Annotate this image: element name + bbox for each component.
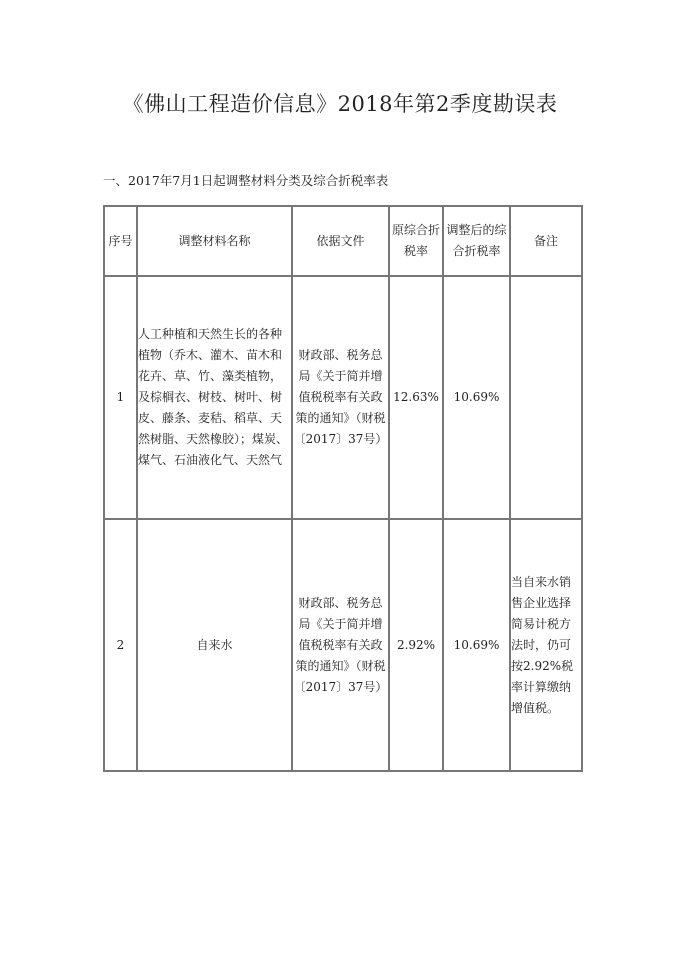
- section-heading: 一、2017年7月1日起调整材料分类及综合折税率表: [103, 171, 388, 189]
- cell-material: 人工种植和天然生长的各种植物（乔木、灌木、苗木和花卉、草、竹、藻类植物，及棕榈衣…: [137, 276, 292, 519]
- header-material: 调整材料名称: [137, 206, 292, 276]
- cell-index: 1: [104, 276, 137, 519]
- header-basis: 依据文件: [292, 206, 389, 276]
- cell-material: 自来水: [137, 519, 292, 771]
- cell-index: 2: [104, 519, 137, 771]
- header-index: 序号: [104, 206, 137, 276]
- cell-original-rate: 2.92%: [389, 519, 443, 771]
- table-row: 1 人工种植和天然生长的各种植物（乔木、灌木、苗木和花卉、草、竹、藻类植物，及棕…: [104, 276, 582, 519]
- cell-basis: 财政部、税务总局《关于简并增值税税率有关政策的通知》（财税〔2017〕37号）: [292, 519, 389, 771]
- header-note: 备注: [510, 206, 582, 276]
- cell-original-rate: 12.63%: [389, 276, 443, 519]
- table-header-row: 序号 调整材料名称 依据文件 原综合折税率 调整后的综合折税率 备注: [104, 206, 582, 276]
- cell-note: [510, 276, 582, 519]
- table-row: 2 自来水 财政部、税务总局《关于简并增值税税率有关政策的通知》（财税〔2017…: [104, 519, 582, 771]
- rate-table: 序号 调整材料名称 依据文件 原综合折税率 调整后的综合折税率 备注 1 人工种…: [103, 205, 583, 772]
- page-title: 《佛山工程造价信息》2018年第2季度勘误表: [0, 88, 680, 118]
- cell-basis: 财政部、税务总局《关于简并增值税税率有关政策的通知》（财税〔2017〕37号）: [292, 276, 389, 519]
- header-adjusted-rate: 调整后的综合折税率: [443, 206, 510, 276]
- cell-note: 当自来水销售企业选择简易计税方法时，仍可按2.92%税率计算缴纳增值税。: [510, 519, 582, 771]
- cell-adjusted-rate: 10.69%: [443, 276, 510, 519]
- cell-adjusted-rate: 10.69%: [443, 519, 510, 771]
- header-original-rate: 原综合折税率: [389, 206, 443, 276]
